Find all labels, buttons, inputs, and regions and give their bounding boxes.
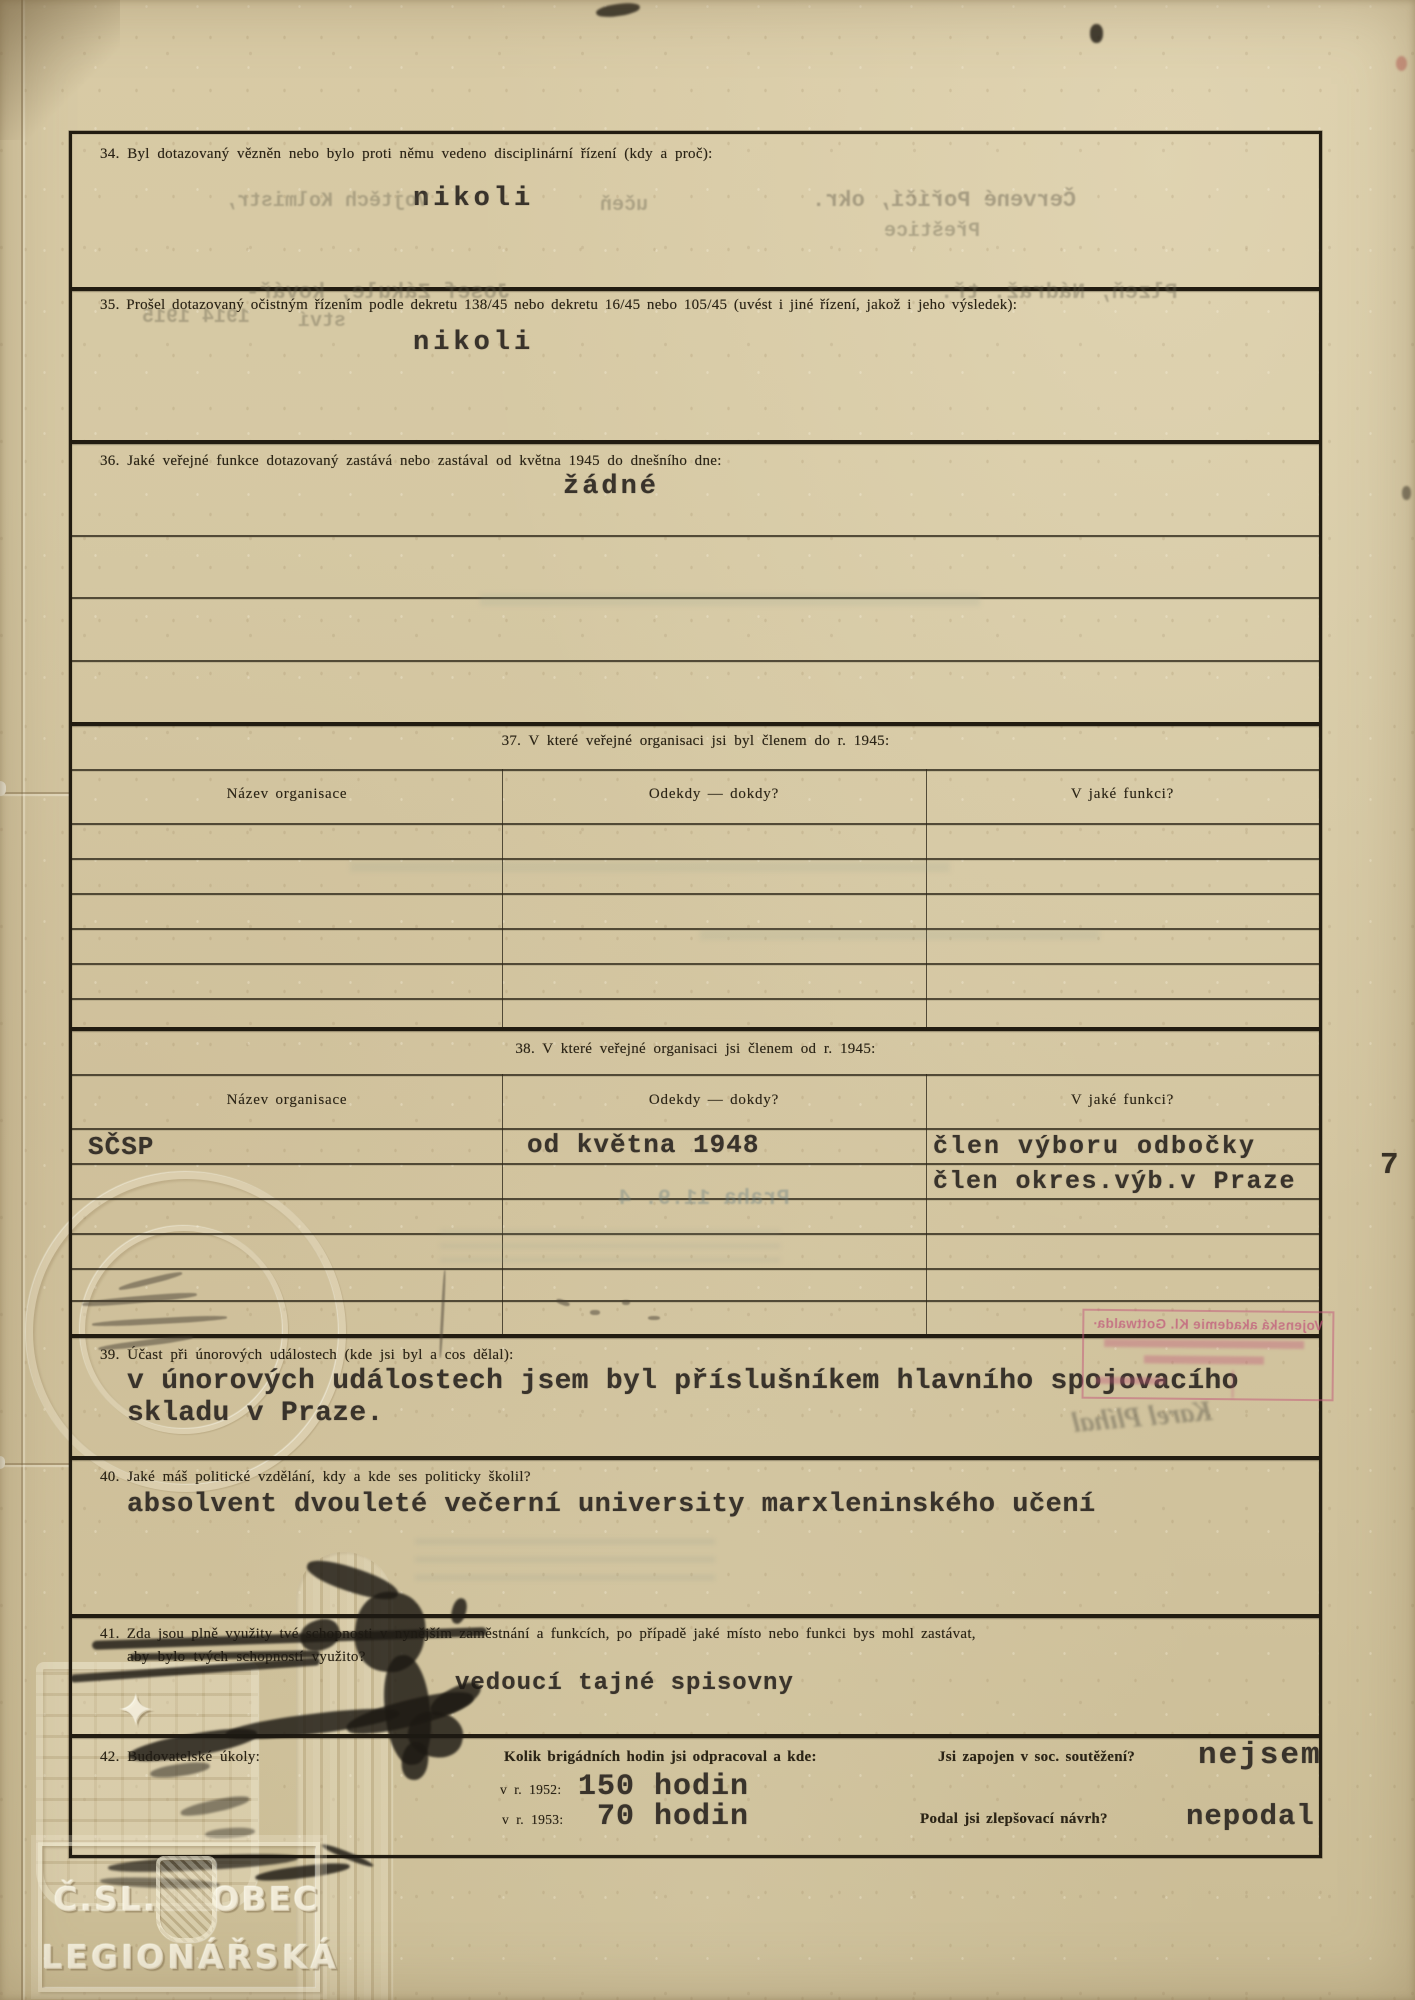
corner-shadow <box>0 0 120 140</box>
bleed-text: Vojtěch Kolmistr, <box>225 190 429 213</box>
answer-35: nikoli <box>413 328 534 358</box>
table-38-title: 38. V které veřejné organisaci jsi člene… <box>72 1040 1319 1059</box>
bleed-text: ství <box>298 310 346 333</box>
soc-competition-question: Jsi zapojen v soc. soutěžení? <box>938 1748 1135 1767</box>
edge-mark <box>1090 24 1103 43</box>
paper-fold-line <box>21 0 23 2000</box>
table-37-row-line <box>72 963 1319 965</box>
question-36: 36. Jaké veřejné funkce dotazovaný zastá… <box>100 452 722 471</box>
edge-mark <box>595 1 640 19</box>
table-38-top-line <box>72 1074 1319 1076</box>
table-38-header-when: Odekdy — dokdy? <box>502 1092 926 1109</box>
year-1952-label: v r. 1952: <box>500 1782 561 1799</box>
answer-36: žádné <box>563 472 659 502</box>
answer-39-line1: v únorových událostech jsem byl příslušn… <box>127 1366 1239 1397</box>
answer-41: vedoucí tajné spisovny <box>455 1670 794 1697</box>
red-mark <box>1396 56 1407 71</box>
paper-crease <box>0 792 70 794</box>
bleed-text: Josef Zákule, kovář- <box>246 280 510 305</box>
improvement-question: Podal jsi zlepšovací návrh? <box>920 1810 1108 1829</box>
scanned-questionnaire-page: ✦ 34. Byl dotazovaný vězněn nebo bylo pr… <box>0 0 1415 2000</box>
form-outer-border <box>69 131 1322 1858</box>
year-1953-label: v r. 1953: <box>502 1812 563 1829</box>
edge-mark <box>1402 486 1411 500</box>
pencil-dot <box>590 1310 600 1315</box>
table-37-row-line <box>72 823 1319 825</box>
bleed-stamp-divider <box>1232 1370 1234 1398</box>
table-38-row-line <box>72 1300 1319 1302</box>
seal-lion-shield-icon <box>156 1856 216 1942</box>
section-divider <box>72 1027 1319 1031</box>
bleed-text: 1914 1915 <box>142 306 250 329</box>
table-37-column-divider <box>502 769 503 1027</box>
section-divider <box>72 440 1319 444</box>
bleed-stamp-line <box>1104 1339 1304 1349</box>
brigade-hours-question: Kolik brigádních hodin jsi odpracoval a … <box>504 1748 817 1767</box>
bleed-stamp-military-academy: Vojenská akademie Kl. Gottwalda· <box>1082 1309 1335 1402</box>
table-38-header-org: Název organisace <box>72 1092 502 1109</box>
table-37-top-line <box>72 769 1319 771</box>
question-34: 34. Byl dotazovaný vězněn nebo bylo prot… <box>100 145 713 164</box>
ruled-line <box>72 660 1319 662</box>
table-38-column-divider <box>502 1074 503 1334</box>
table-38-column-divider <box>926 1074 927 1334</box>
ink-transfer-band <box>415 1534 715 1580</box>
ink-transfer-band <box>700 930 1100 940</box>
table-38-cell-when: od května 1948 <box>527 1130 759 1160</box>
pencil-dot <box>622 1300 630 1305</box>
ink-transfer-band <box>440 1228 780 1262</box>
soc-competition-answer: nejsem <box>1198 1738 1322 1773</box>
table-38-row-line <box>72 1163 1319 1165</box>
bleed-stamp-text: Vojenská akademie Kl. Gottwalda· <box>1092 1316 1323 1333</box>
question-39: 39. Účast při únorových událostech (kde … <box>100 1346 514 1365</box>
table-37-header-role: V jaké funkci? <box>926 786 1319 803</box>
margin-note-7: 7 <box>1380 1148 1399 1183</box>
ink-transfer-band <box>350 862 950 872</box>
answer-34: nikoli <box>413 184 534 214</box>
table-37-row-line <box>72 928 1319 930</box>
edge-notch <box>0 1456 5 1469</box>
answer-40: absolvent dvouleté večerní university ma… <box>127 1490 1096 1520</box>
table-38-cell-role-2: člen okres.výb.v Praze <box>933 1167 1296 1196</box>
table-37-column-divider <box>926 769 927 1027</box>
table-37-row-line <box>72 998 1319 1000</box>
table-37-row-line <box>72 858 1319 860</box>
ink-transfer-band <box>480 594 980 606</box>
ruled-line <box>72 535 1319 537</box>
seal-text-obec: OBEC <box>212 1880 320 1919</box>
bleed-text: Plzeň, Nádraž. tř. <box>940 280 1178 305</box>
bleed-text: Praha 11.9. 4 <box>618 1186 790 1211</box>
bleed-text: Červené Poříčí, okr. <box>812 188 1076 213</box>
year-1953-hours: 70 hodin <box>597 1800 749 1834</box>
bleed-stamp-line <box>1096 1377 1166 1385</box>
answer-39-line2: skladu v Praze. <box>127 1398 384 1429</box>
table-37-row-line <box>72 893 1319 895</box>
table-37-header-org: Název organisace <box>72 786 502 803</box>
question-40: 40. Jaké máš politické vzdělání, kdy a k… <box>100 1468 531 1487</box>
table-38-cell-role-1: člen výboru odbočky <box>933 1132 1256 1161</box>
bleed-stamp-line <box>1144 1355 1264 1364</box>
bleed-text: učeň <box>600 194 648 217</box>
table-38-cell-org: SČSP <box>88 1132 154 1162</box>
section-divider <box>72 1456 1319 1460</box>
paper-crease <box>0 1463 70 1465</box>
seal-text-csl: Č.SL. <box>54 1880 158 1919</box>
section-divider <box>72 722 1319 726</box>
improvement-answer: nepodal <box>1186 1800 1315 1833</box>
seal-text-legionarska: LEGIONÁŘSKÁ <box>42 1938 316 1977</box>
year-1952-hours: 150 hodin <box>578 1770 749 1804</box>
table-37-header-when: Odekdy — dokdy? <box>502 786 926 803</box>
table-37-title: 37. V které veřejné organisaci jsi byl č… <box>72 732 1319 751</box>
section-divider <box>72 1614 1319 1618</box>
bleed-text: Přeštice <box>884 220 980 243</box>
table-38-row-line <box>72 1268 1319 1270</box>
pencil-dot <box>648 1316 660 1320</box>
embossed-legion-seal: Č.SL. OBEC LEGIONÁŘSKÁ <box>38 1842 320 1992</box>
table-38-header-role: V jaké funkci? <box>926 1092 1319 1109</box>
